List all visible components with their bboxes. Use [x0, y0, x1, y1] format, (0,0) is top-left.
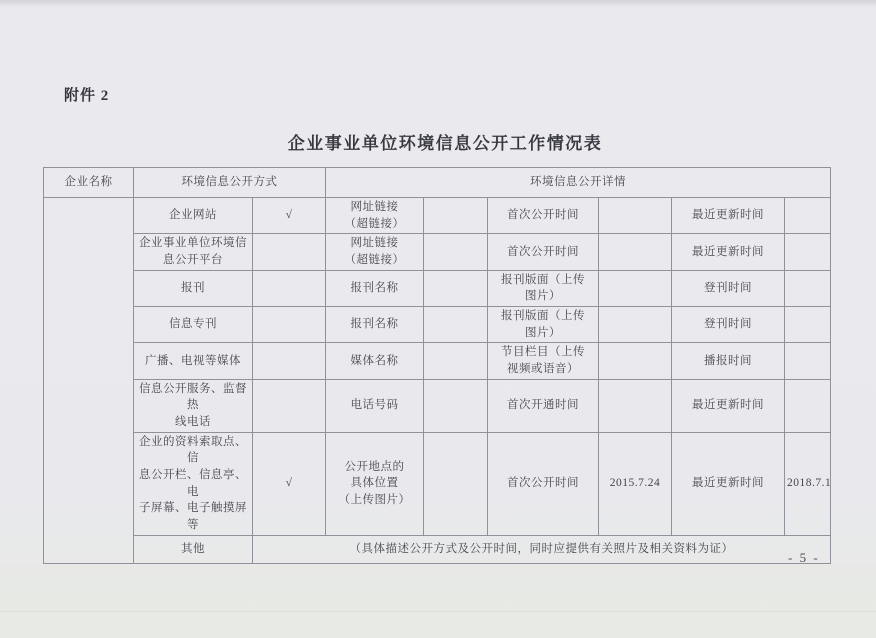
scan-bottom-shadow: [0, 611, 876, 638]
checkmark-cell: [253, 234, 326, 270]
other-note: （具体描述公开方式及公开时间，同时应提供有关照片及相关资料为证）: [253, 535, 831, 563]
company-name-cell: [44, 198, 134, 564]
scan-top-edge: [0, 0, 876, 6]
checkmark-cell: [253, 379, 326, 432]
detail-label: 报刊版面（上传 图片）: [488, 307, 599, 343]
detail-label: 最近更新时间: [672, 379, 785, 432]
detail-label: 报刊名称: [326, 307, 424, 343]
header-company-name: 企业名称: [44, 168, 134, 198]
header-details: 环境信息公开详情: [326, 168, 831, 198]
table-row: 信息公开服务、监督热 线电话 电话号码 首次开通时间 最近更新时间: [44, 379, 831, 432]
detail-value: [785, 379, 831, 432]
method-label: 信息专刊: [134, 307, 253, 343]
document-title: 企业事业单位环境信息公开工作情况表: [0, 129, 876, 154]
table-row: 信息专刊 报刊名称 报刊版面（上传 图片） 登刊时间: [44, 307, 831, 343]
detail-label: 登刊时间: [672, 307, 785, 343]
detail-label: 网址链接 （超链接）: [326, 234, 424, 270]
detail-value: [599, 270, 672, 306]
header-method: 环境信息公开方式: [134, 168, 326, 198]
detail-label: 网址链接 （超链接）: [326, 198, 424, 234]
checkmark-cell: [253, 307, 326, 343]
detail-label: 最近更新时间: [672, 432, 785, 535]
detail-value: [424, 234, 488, 270]
detail-value: [599, 379, 672, 432]
detail-value: [785, 234, 831, 270]
detail-value: [785, 307, 831, 343]
detail-value: [424, 432, 488, 535]
detail-label: 登刊时间: [672, 270, 785, 306]
other-label: 其他: [134, 535, 253, 563]
detail-value: [599, 234, 672, 270]
detail-label: 报刊名称: [326, 270, 424, 306]
detail-value: [424, 379, 488, 432]
detail-label: 节目栏目（上传 视频或语音）: [488, 343, 599, 379]
method-label: 信息公开服务、监督热 线电话: [134, 379, 253, 432]
detail-label: 首次公开时间: [488, 432, 599, 535]
detail-label: 首次公开时间: [488, 198, 599, 234]
detail-label: 首次公开时间: [488, 234, 599, 270]
detail-value: [424, 343, 488, 379]
checkmark-cell: [253, 343, 326, 379]
detail-value: [599, 343, 672, 379]
detail-value: [785, 343, 831, 379]
table-row: 企业事业单位环境信 息公开平台 网址链接 （超链接） 首次公开时间 最近更新时间: [44, 234, 831, 270]
table-row: 报刊 报刊名称 报刊版面（上传 图片） 登刊时间: [44, 270, 831, 306]
checkmark-cell: √: [253, 198, 326, 234]
detail-label: 电话号码: [326, 379, 424, 432]
method-label: 企业事业单位环境信 息公开平台: [134, 234, 253, 270]
detail-value: [599, 307, 672, 343]
table-row: 企业网站 √ 网址链接 （超链接） 首次公开时间 最近更新时间: [44, 198, 831, 234]
detail-value: 2018.7.10: [785, 432, 831, 535]
detail-value: [424, 270, 488, 306]
detail-label: 最近更新时间: [672, 198, 785, 234]
detail-label: 媒体名称: [326, 343, 424, 379]
detail-label: 最近更新时间: [672, 234, 785, 270]
detail-label: 首次开通时间: [488, 379, 599, 432]
detail-label: 公开地点的 具体位置 （上传图片）: [326, 432, 424, 535]
table-row-other: 其他 （具体描述公开方式及公开时间，同时应提供有关照片及相关资料为证）: [44, 535, 831, 563]
attachment-label: 附件 2: [64, 84, 109, 105]
method-label: 企业网站: [134, 198, 253, 234]
method-label: 广播、电视等媒体: [134, 343, 253, 379]
method-label: 企业的资料索取点、信 息公开栏、信息亭、电 子屏幕、电子触摸屏等: [134, 432, 253, 535]
table-row: 企业的资料索取点、信 息公开栏、信息亭、电 子屏幕、电子触摸屏等 √ 公开地点的…: [44, 432, 831, 535]
detail-value: [424, 307, 488, 343]
detail-value: [424, 198, 488, 234]
method-label: 报刊: [134, 270, 253, 306]
detail-value: 2015.7.24: [599, 432, 672, 535]
detail-value: [599, 198, 672, 234]
detail-value: [785, 198, 831, 234]
detail-label: 报刊版面（上传 图片）: [488, 270, 599, 306]
table-header-row: 企业名称 环境信息公开方式 环境信息公开详情: [44, 168, 831, 198]
checkmark-cell: √: [253, 432, 326, 535]
disclosure-table: 企业名称 环境信息公开方式 环境信息公开详情 企业网站 √ 网址链接 （超链接）…: [43, 167, 831, 564]
detail-label: 播报时间: [672, 343, 785, 379]
page-number: - 5 -: [788, 550, 820, 566]
table-row: 广播、电视等媒体 媒体名称 节目栏目（上传 视频或语音） 播报时间: [44, 343, 831, 379]
checkmark-cell: [253, 270, 326, 306]
detail-value: [785, 270, 831, 306]
